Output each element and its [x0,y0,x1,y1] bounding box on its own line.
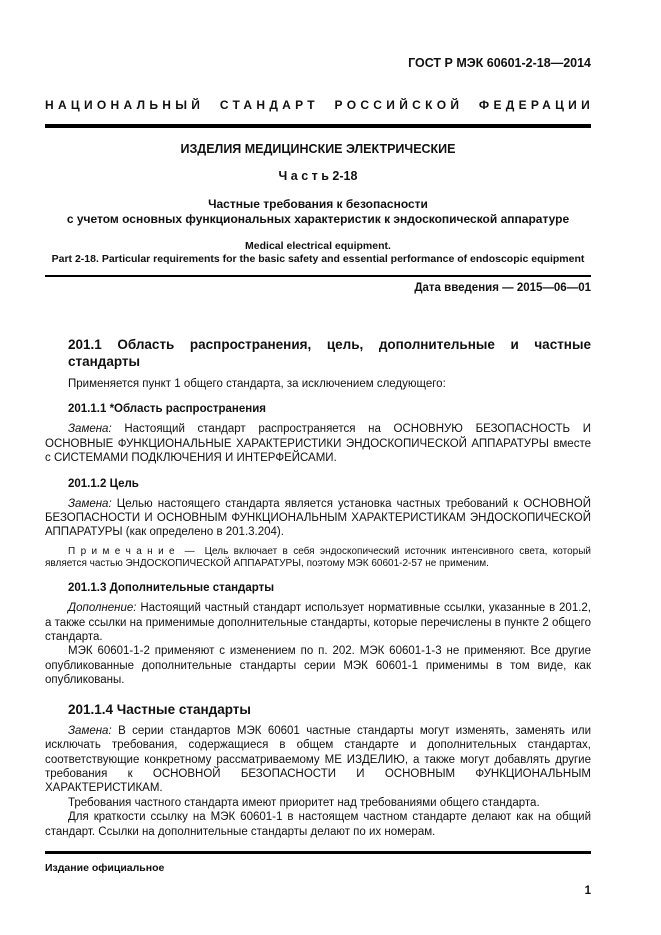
replacement-label: Замена: [68,725,112,737]
section-heading-201-1-line2: стандарты [68,353,591,370]
title-en-line-2: Part 2-18. Particular requirements for t… [45,253,591,266]
page-number: 1 [45,885,591,897]
paragraph-201-1-2: Замена: Целью настоящего стандарта являе… [45,497,591,540]
subsection-heading-201-1-4: 201.1.4 Частные стандарты [45,702,591,717]
paragraph-201-1-3-p2: МЭК 60601-1-2 применяют с изменением по … [45,644,591,687]
document-code: ГОСТ Р МЭК 60601-2-18—2014 [45,56,591,70]
section-heading-201-1: 201.1 Область распространения, цель, доп… [45,336,591,370]
page-content: ГОСТ Р МЭК 60601-2-18—2014 НАЦИОНАЛЬНЫЙ … [45,0,591,897]
subtitle-line-2: с учетом основных функциональных характе… [45,212,591,227]
document-subtitle: Частные требования к безопасности с учет… [45,197,591,227]
subtitle-line-1: Частные требования к безопасности [45,197,591,212]
subsection-heading-201-1-1: 201.1.1 *Область распространения [45,403,591,415]
paragraph-201-1-4-text: В серии стандартов МЭК 60601 частные ста… [45,725,591,795]
note-dash: — [185,546,195,557]
official-edition-note: Издание официальное [45,862,591,874]
footer-divider-thick [45,851,591,854]
title-divider [45,275,591,277]
replacement-label: Замена: [68,498,112,510]
subsection-heading-201-1-2: 201.1.2 Цель [45,478,591,490]
national-standard-banner: НАЦИОНАЛЬНЫЙ СТАНДАРТ РОССИЙСКОЙ ФЕДЕРАЦ… [45,98,591,112]
replacement-label: Замена: [68,423,112,435]
document-title-ru: ИЗДЕЛИЯ МЕДИЦИНСКИЕ ЭЛЕКТРИЧЕСКИЕ [45,142,591,156]
paragraph-201-1-4-p3: Для краткости ссылку на МЭК 60601-1 в на… [45,810,591,839]
note-201-1-2: П р и м е ч а н и е—Цель включает в себя… [45,546,591,570]
note-label: П р и м е ч а н и е [68,546,175,557]
paragraph-201-1-3: Дополнение: Настоящий частный стандарт и… [45,601,591,644]
paragraph-201-1-2-text: Целью настоящего стандарта является уста… [45,498,591,539]
paragraph-201-1-4: Замена: В серии стандартов МЭК 60601 час… [45,724,591,796]
paragraph-201-1-1-text: Настоящий стандарт распространяется на О… [45,423,591,464]
part-label: Ч а с т ь 2-18 [45,169,591,183]
document-title-en: Medical electrical equipment. Part 2-18.… [45,240,591,265]
paragraph-201-1-4-p2: Требования частного стандарта имеют прио… [45,796,591,810]
paragraph-applies-clause: Применяется пункт 1 общего стандарта, за… [45,377,591,391]
header-divider-thick [45,124,591,128]
introduction-date: Дата введения — 2015—06—01 [45,282,591,294]
addition-label: Дополнение: [68,602,137,614]
title-en-line-1: Medical electrical equipment. [45,240,591,253]
standard-document-page: ГОСТ Р МЭК 60601-2-18—2014 НАЦИОНАЛЬНЫЙ … [0,0,661,935]
paragraph-201-1-1: Замена: Настоящий стандарт распространяе… [45,422,591,465]
subsection-heading-201-1-3: 201.1.3 Дополнительные стандарты [45,582,591,594]
section-heading-201-1-line1: 201.1 Область распространения, цель, доп… [68,336,591,353]
